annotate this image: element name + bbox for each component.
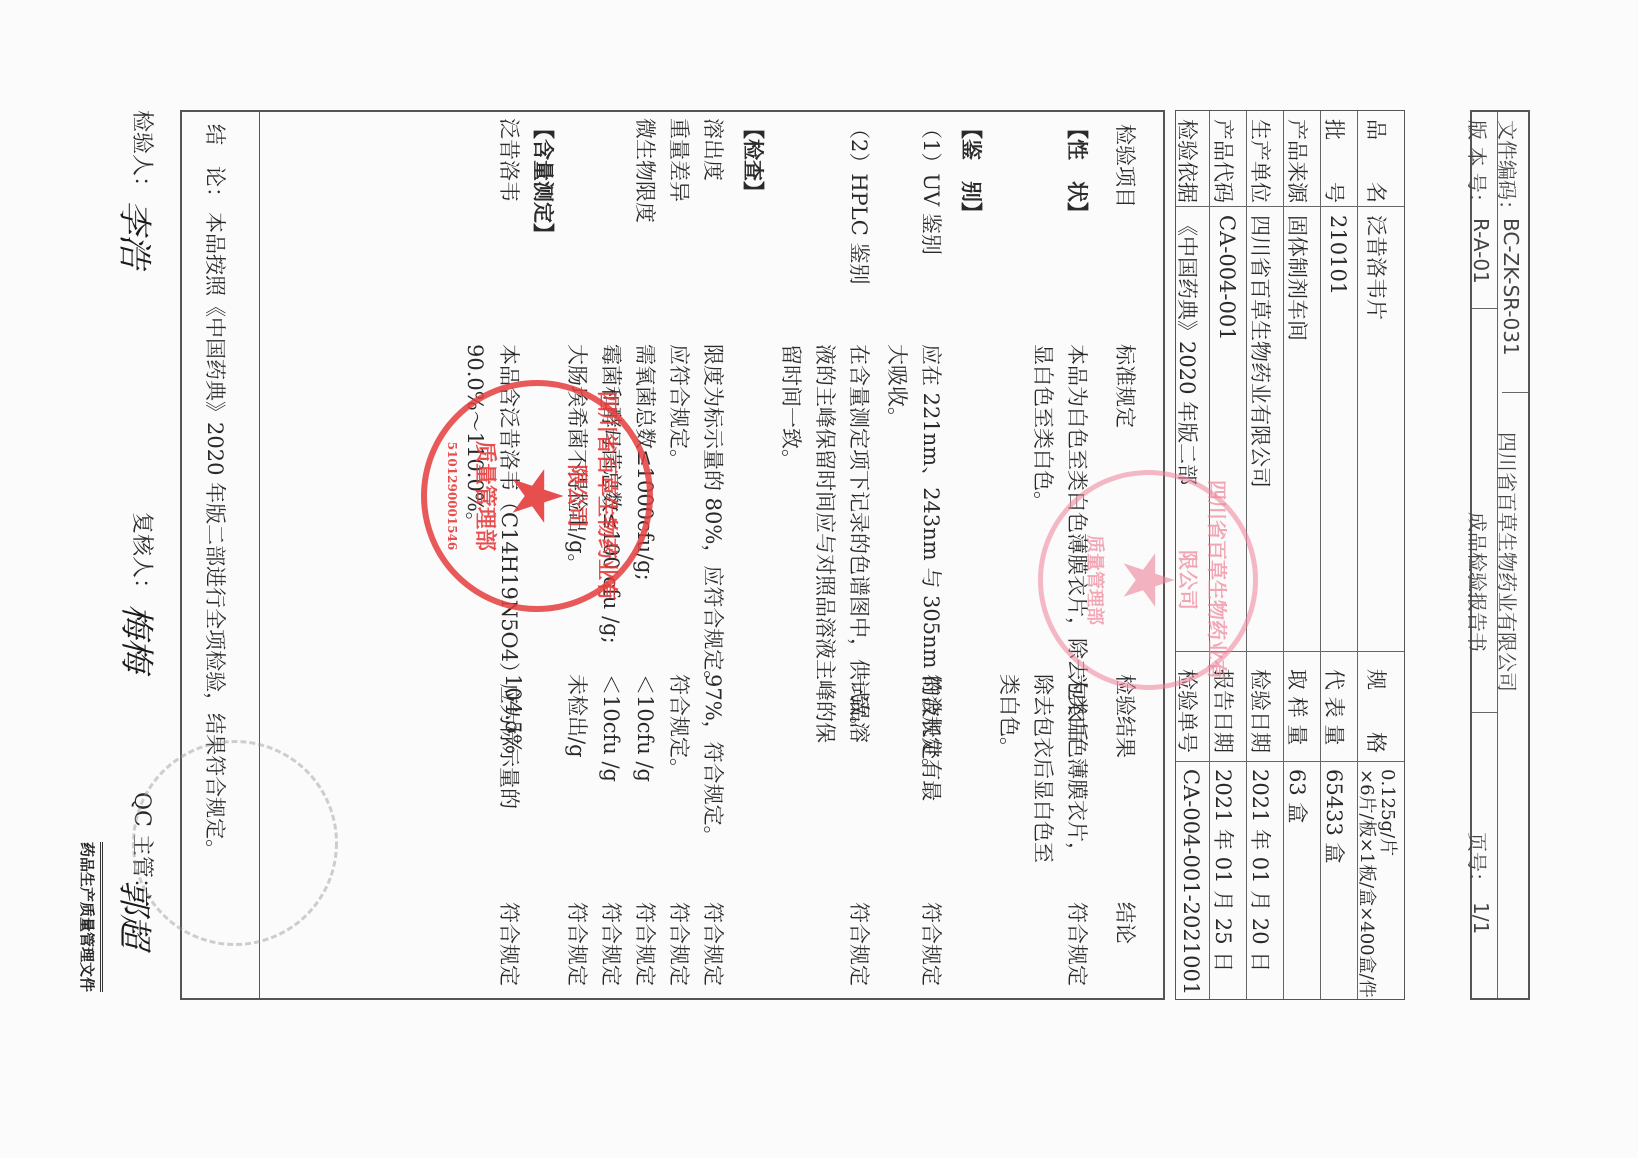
test-no-label: 检验单号	[1173, 669, 1203, 753]
divider	[1502, 392, 1528, 393]
standard-text: 大吸收。	[883, 344, 913, 428]
result-text: 为类白色薄膜衣片，	[1063, 674, 1093, 863]
result-text: 104.5%	[501, 674, 525, 754]
conclusion-label: 结 论：	[201, 124, 231, 208]
doc-code-label: 文件编码：	[1494, 120, 1523, 220]
conclusion-text: 符合规定	[917, 902, 947, 986]
conclusion-text: 本品按照《中国药典》2020 年版二部进行全项检验，结果符合规定。	[201, 212, 231, 860]
conclusion-text: 符合规定	[597, 902, 627, 986]
page-number: 1/1	[1469, 902, 1493, 934]
test-item: 微生物限度	[631, 118, 661, 223]
rep-qty-label: 代 表 量	[1320, 669, 1350, 745]
test-item: 泛昔洛韦	[495, 118, 525, 202]
test-no: CA-004-001-2021001	[1179, 769, 1203, 995]
header-row-1: 文件编码： BC-ZK-SR-031 四川省百草生物药业有限公司	[1497, 112, 1528, 998]
report-date: 2021 年 01 月 25 日	[1209, 769, 1239, 972]
result-text: 一致。	[845, 674, 875, 737]
conclusion-text: 符合规定	[665, 902, 695, 986]
version-label: 版 本 号：	[1464, 120, 1493, 213]
batch-number: 210101	[1326, 215, 1350, 295]
footer-label: 药品生产质量管理文件	[77, 842, 103, 992]
conclusion-text: 符合规定	[631, 902, 661, 986]
section-heading: 【检查】	[739, 118, 769, 202]
inspector-label: 检验人：	[130, 110, 152, 198]
standard-text: 霉菌和酵母菌总数≤100 cfu /g;	[597, 344, 627, 644]
document-header: 文件编码： BC-ZK-SR-031 四川省百草生物药业有限公司 版 本 号： …	[1470, 110, 1530, 1000]
standard-text: 应符合规定。	[665, 344, 695, 470]
product-name: 泛昔洛韦片	[1362, 215, 1392, 320]
header-row-2: 版 本 号： R-A-01 成品检验报告书 页号： 1/1	[1468, 112, 1498, 998]
col-header-item: 检验项目	[1111, 124, 1141, 208]
result-text: 未检出/g	[563, 674, 593, 758]
company-name: 四川省百草生物药业有限公司	[1494, 432, 1523, 692]
conclusion-text: 符合规定	[1063, 902, 1093, 986]
reviewer-signature: 梅梅	[115, 604, 164, 672]
test-item: 重量差异	[665, 118, 695, 202]
standard-text: 90.0%～110.0%。	[461, 344, 491, 533]
test-item: （1）UV 鉴别	[917, 118, 947, 255]
result-text: 符合规定。	[917, 674, 947, 779]
divider	[1320, 111, 1321, 999]
test-date: 2021 年 01 月 20 日	[1246, 769, 1276, 972]
test-item: 溶出度	[699, 118, 729, 181]
col-header-conclusion: 结论	[1111, 902, 1141, 944]
standard-text: 限度为标示量的 80%，应符合规定。	[699, 344, 729, 691]
version: R-A-01	[1469, 218, 1493, 284]
inspector-signature: 李浩	[113, 200, 162, 268]
test-date-label: 检验日期	[1246, 669, 1276, 753]
qc-supervisor-signature: 郭超	[113, 880, 162, 948]
basis-label: 检验依据	[1173, 119, 1203, 203]
manufacturer-label: 生产单位	[1246, 119, 1276, 203]
conclusion-text: 符合规定	[845, 902, 875, 986]
conclusion-text: 符合规定	[563, 902, 593, 986]
divider	[1176, 651, 1404, 652]
basis: 《中国药典》2020 年版二部	[1173, 215, 1203, 485]
product-code: CA-004-001	[1215, 215, 1239, 341]
result-text: 类白色。	[995, 674, 1025, 758]
col-header-standard: 标准规定	[1111, 344, 1141, 428]
test-item: （2）HPLC 鉴别	[845, 118, 875, 285]
batch-label: 批 号	[1320, 119, 1350, 203]
standard-text: 显白色至类白色。	[1029, 344, 1059, 512]
product-info-table: 品 名 泛昔洛韦片 规 格 0.125g/片 ×6片/板×1板/盒×400盒/件…	[1175, 110, 1405, 1000]
result-text: ＜10cfu /g	[631, 674, 661, 782]
source-label: 产品来源	[1283, 119, 1313, 203]
standard-text: 液的主峰保留时间应与对照品溶液主峰的保	[811, 344, 841, 743]
result-text: 除去包衣后显白色至	[1029, 674, 1059, 863]
spec-label: 规 格	[1362, 669, 1392, 753]
conclusion-strip: 结 论： 本品按照《中国药典》2020 年版二部进行全项检验，结果符合规定。	[179, 112, 260, 998]
col-header-result: 检验结果	[1111, 674, 1141, 758]
spec-line-2: ×6片/板×1板/盒×400盒/件	[1355, 769, 1381, 998]
sample-qty: 63 盒	[1283, 769, 1313, 823]
report-title: 成品检验报告书	[1464, 512, 1493, 652]
divider	[1176, 206, 1404, 207]
standard-text: 留时间一致。	[777, 344, 807, 470]
conclusion-text: 符合规定	[699, 902, 729, 986]
source: 固体制剂车间	[1283, 215, 1313, 341]
report-date-label: 报告日期	[1209, 669, 1239, 753]
result-text: 97%，符合规定。	[699, 674, 729, 847]
inspection-report-page: 文件编码： BC-ZK-SR-031 四川省百草生物药业有限公司 版 本 号： …	[0, 0, 1638, 1158]
reviewer-label: 复核人：	[130, 512, 152, 600]
standard-text: 大肠埃希菌不得检出/g。	[563, 344, 593, 575]
standard-text: 需氧菌总数≤1000cfu/g;	[631, 344, 661, 581]
product-code-label: 产品代码	[1209, 119, 1239, 203]
page-label: 页号：	[1464, 832, 1493, 892]
divider	[1176, 761, 1404, 762]
section-heading: 【鉴 别】	[957, 118, 987, 223]
divider	[1472, 308, 1498, 309]
result-text: ＜10cfu /g	[597, 674, 627, 782]
rep-qty: 65433 盒	[1320, 769, 1350, 863]
section-heading: 【性 状】	[1063, 118, 1093, 223]
doc-code: BC-ZK-SR-031	[1499, 218, 1523, 356]
section-heading: 【含量测定】	[529, 118, 559, 244]
conclusion-text: 符合规定	[495, 902, 525, 986]
product-name-label: 品 名	[1362, 119, 1392, 203]
result-text: 符合规定。	[665, 674, 695, 779]
sample-qty-label: 取 样 量	[1283, 669, 1313, 745]
divider	[1472, 712, 1498, 713]
results-table: 检验项目 标准规定 检验结果 结论 【性 状】本品为白色至类白色薄膜衣片，除去包…	[180, 110, 1165, 1000]
manufacturer: 四川省百草生物药业有限公司	[1246, 215, 1276, 488]
